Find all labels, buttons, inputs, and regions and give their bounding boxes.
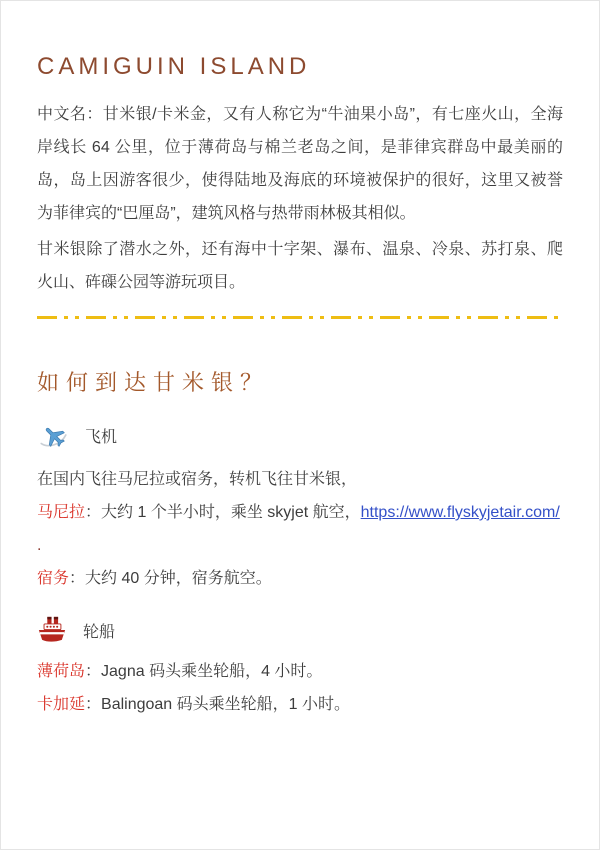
route-cagayan-sep: ：: [85, 696, 101, 713]
route-manila: 马尼拉：大约 1 个半小时，乘坐 skyjet 航空，https://www.f…: [37, 496, 563, 562]
route-cagayan: 卡加延：Balingoan 码头乘坐轮船，1 小时。: [37, 688, 563, 721]
ship-mode-row: 轮船: [37, 615, 563, 645]
plane-mode-row: 飞机: [37, 419, 563, 451]
route-manila-sep: ：: [85, 504, 101, 521]
intro-paragraph-2: 甘米银除了潜水之外，还有海中十字架、瀑布、温泉、冷泉、苏打泉、爬火山、砗磲公园等…: [37, 233, 563, 299]
route-bohol: 薄荷岛：Jagna 码头乘坐轮船，4 小时。: [37, 655, 563, 688]
route-cebu-label: 宿务: [37, 570, 69, 587]
ship-label: 轮船: [83, 619, 115, 642]
airplane-icon: [37, 419, 69, 451]
page-title: CAMIGUIN ISLAND: [37, 53, 563, 81]
how-to-arrive-heading: 如何到达甘米银？: [37, 366, 563, 397]
route-cebu-text: 大约 40 分钟，宿务航空。: [85, 570, 272, 587]
route-bohol-label: 薄荷岛: [37, 663, 85, 680]
route-cagayan-label: 卡加延: [37, 696, 85, 713]
route-cagayan-text: Balingoan 码头乘坐轮船，1 小时。: [101, 696, 350, 713]
route-manila-after: .: [37, 537, 41, 554]
plane-intro-line: 在国内飞往马尼拉或宿务，转机飞往甘米银，: [37, 463, 563, 496]
route-manila-text: 大约 1 个半小时，乘坐 skyjet 航空，: [101, 504, 361, 521]
route-cebu-sep: ：: [69, 570, 85, 587]
intro-paragraph-1: 中文名：甘米银/卡米金，又有人称它为“牛油果小岛”，有七座火山，全海岸线长 64…: [37, 98, 563, 230]
plane-label: 飞机: [85, 424, 117, 447]
route-cebu: 宿务：大约 40 分钟，宿务航空。: [37, 562, 563, 595]
route-bohol-text: Jagna 码头乘坐轮船，4 小时。: [101, 663, 322, 680]
dashed-gold-divider: [37, 316, 563, 319]
ship-icon: [37, 615, 67, 645]
flyskyjetair-link[interactable]: https://www.flyskyjetair.com/: [361, 504, 560, 521]
route-bohol-sep: ：: [85, 663, 101, 680]
document-page: CAMIGUIN ISLAND 中文名：甘米银/卡米金，又有人称它为“牛油果小岛…: [0, 0, 600, 850]
route-manila-label: 马尼拉: [37, 504, 85, 521]
